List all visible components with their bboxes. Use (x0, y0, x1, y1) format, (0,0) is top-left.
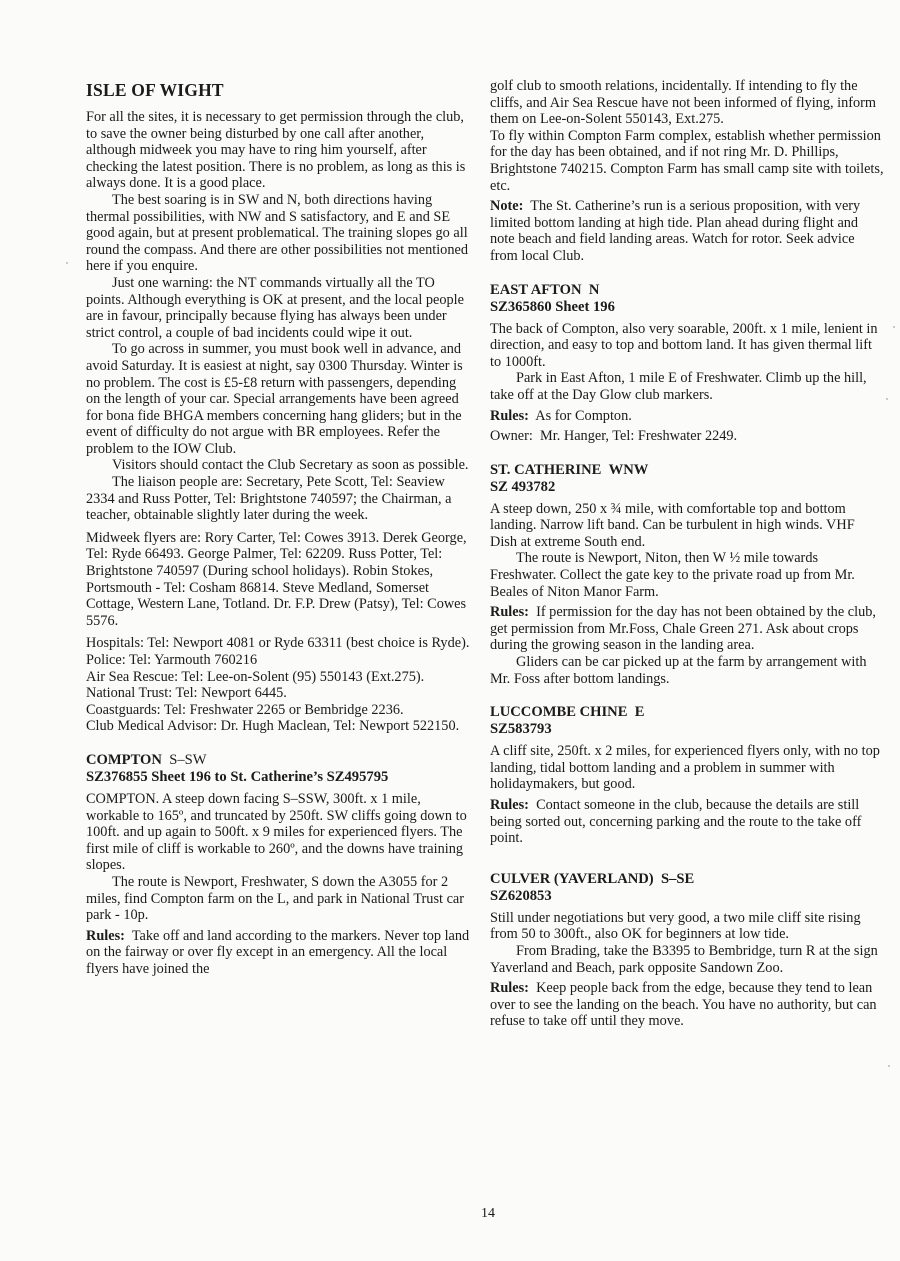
site-paragraph: A cliff site, 250ft. x 2 miles, for expe… (490, 743, 885, 793)
right-column: golf club to smooth relations, incidenta… (490, 78, 885, 1030)
scan-speck (886, 398, 888, 400)
site-rules: Rules: Take off and land according to th… (86, 928, 474, 978)
site-grid-ref: SZ583793 (490, 721, 885, 738)
note-text: The St. Catherine’s run is a serious pro… (490, 198, 860, 264)
site-direction: WNW (609, 462, 649, 478)
intro-paragraph: Visitors should contact the Club Secreta… (86, 457, 474, 474)
site-heading-st-catherine: ST. CATHERINE WNW SZ 493782 (490, 462, 885, 496)
compton-rules-continued: golf club to smooth relations, incidenta… (490, 78, 885, 128)
site-name: LUCCOMBE CHINE (490, 704, 627, 720)
site-rules: Rules: If permission for the day has not… (490, 604, 885, 654)
site-heading-culver: CULVER (YAVERLAND) S–SE SZ620853 (490, 871, 885, 905)
contacts-list: Hospitals: Tel: Newport 4081 or Ryde 633… (86, 635, 474, 735)
contact-air-sea-rescue: Air Sea Rescue: Tel: Lee-on-Solent (95) … (86, 669, 474, 686)
site-grid-ref: SZ365860 Sheet 196 (490, 299, 885, 316)
compton-note: Note: The St. Catherine’s run is a serio… (490, 198, 885, 264)
site-grid-ref: SZ376855 Sheet 196 to St. Catherine’s SZ… (86, 769, 474, 786)
rules-label: Rules: (490, 797, 529, 813)
site-heading-east-afton: EAST AFTON N SZ365860 Sheet 196 (490, 282, 885, 316)
site-heading-luccombe: LUCCOMBE CHINE E SZ583793 (490, 704, 885, 738)
site-direction: N (589, 282, 600, 298)
contact-national-trust: National Trust: Tel: Newport 6445. (86, 685, 474, 702)
site-paragraph: Park in East Afton, 1 mile E of Freshwat… (490, 370, 885, 403)
rules-label: Rules: (490, 604, 529, 620)
rules-text: If permission for the day has not been o… (490, 604, 876, 653)
site-rules: Rules: Contact someone in the club, beca… (490, 797, 885, 847)
intro-paragraph: To go across in summer, you must book we… (86, 341, 474, 457)
site-direction: S–SE (661, 871, 694, 887)
site-paragraph: Still under negotiations but very good, … (490, 910, 885, 943)
site-direction: S–SW (169, 752, 206, 768)
intro-paragraph: The liaison people are: Secretary, Pete … (86, 474, 474, 524)
site-paragraph: From Brading, take the B3395 to Bembridg… (490, 943, 885, 976)
site-paragraph: The route is Newport, Niton, then W ½ mi… (490, 550, 885, 600)
site-name: ST. CATHERINE (490, 462, 601, 478)
intro-paragraph: For all the sites, it is necessary to ge… (86, 109, 474, 192)
contact-hospitals: Hospitals: Tel: Newport 4081 or Ryde 633… (86, 635, 474, 652)
scan-speck (893, 326, 895, 328)
contact-coastguards: Coastguards: Tel: Freshwater 2265 or Bem… (86, 702, 474, 719)
site-name: CULVER (YAVERLAND) (490, 871, 654, 887)
rules-text: Take off and land according to the marke… (86, 928, 469, 977)
rules-text: As for Compton. (535, 408, 632, 424)
site-direction: E (635, 704, 645, 720)
site-name: COMPTON (86, 752, 162, 768)
compton-farm: To fly within Compton Farm complex, esta… (490, 128, 885, 194)
site-paragraph: The back of Compton, also very soarable,… (490, 321, 885, 371)
contact-police: Police: Tel: Yarmouth 760216 (86, 652, 474, 669)
owner-text: Mr. Hanger, Tel: Freshwater 2249. (540, 428, 737, 444)
scan-speck (66, 262, 68, 264)
midweek-flyers: Midweek flyers are: Rory Carter, Tel: Co… (86, 530, 474, 630)
rules-text: Keep people back from the edge, because … (490, 980, 877, 1029)
site-grid-ref: SZ620853 (490, 888, 885, 905)
rules-text: Contact someone in the club, because the… (490, 797, 861, 846)
site-rules: Rules: Keep people back from the edge, b… (490, 980, 885, 1030)
scan-speck (888, 1065, 890, 1067)
page-title: ISLE OF WIGHT (86, 80, 474, 100)
site-owner: Owner: Mr. Hanger, Tel: Freshwater 2249. (490, 428, 885, 445)
site-grid-ref: SZ 493782 (490, 479, 885, 496)
rules-label: Rules: (490, 980, 529, 996)
site-heading-compton: COMPTON S–SW SZ376855 Sheet 196 to St. C… (86, 752, 474, 786)
rules-label: Rules: (490, 408, 529, 424)
intro-paragraph: Just one warning: the NT commands virtua… (86, 275, 474, 341)
site-paragraph: COMPTON. A steep down facing S–SSW, 300f… (86, 791, 474, 874)
intro-paragraph: The best soaring is in SW and N, both di… (86, 192, 474, 275)
site-name: EAST AFTON (490, 282, 582, 298)
note-label: Note: (490, 198, 523, 214)
site-rules: Rules: As for Compton. (490, 408, 885, 425)
contact-medical-advisor: Club Medical Advisor: Dr. Hugh Maclean, … (86, 718, 474, 735)
left-column: ISLE OF WIGHT For all the sites, it is n… (86, 80, 474, 978)
site-paragraph: A steep down, 250 x ¾ mile, with comfort… (490, 501, 885, 551)
page-number: 14 (481, 1206, 495, 1222)
owner-label: Owner: (490, 428, 533, 444)
site-paragraph: The route is Newport, Freshwater, S down… (86, 874, 474, 924)
site-extra: Gliders can be car picked up at the farm… (490, 654, 885, 687)
rules-label: Rules: (86, 928, 125, 944)
